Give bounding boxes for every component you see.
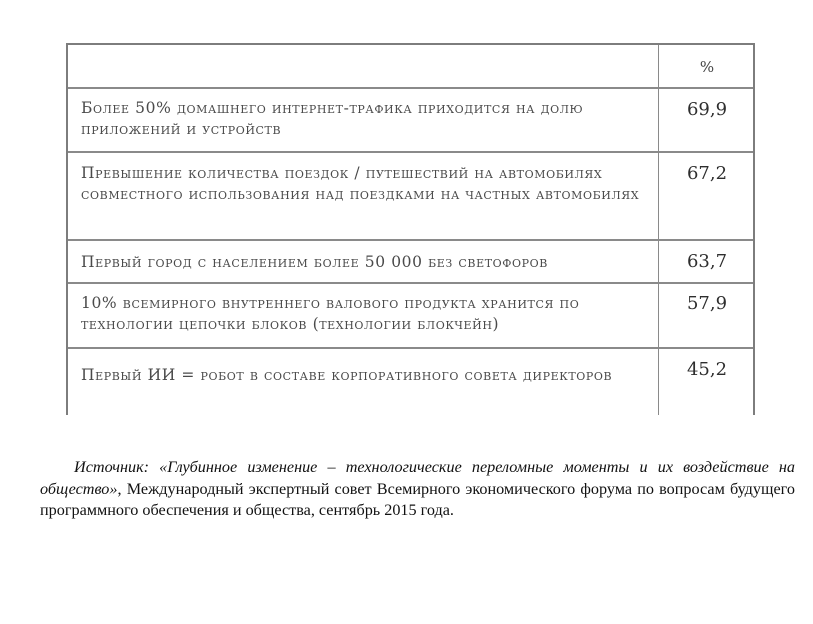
row-value: 63,7 xyxy=(659,251,755,273)
table-row: Первый ИИ = робот в составе корпоративно… xyxy=(68,349,753,417)
table-row: Более 50% домашнего интернет-трафика при… xyxy=(68,89,753,153)
table-header-row: % xyxy=(68,45,753,89)
table-row: Превышение количества поездок / путешест… xyxy=(68,153,753,241)
row-label: Первый ИИ = робот в составе корпоративно… xyxy=(81,365,641,386)
table-row: 10% всемирного внутреннего валового прод… xyxy=(68,284,753,349)
row-label: Первый город с населением более 50 000 б… xyxy=(81,252,641,273)
source-publisher: , Международный экспертный совет Всемирн… xyxy=(40,480,795,520)
row-label: Превышение количества поездок / путешест… xyxy=(81,163,641,205)
row-value: 45,2 xyxy=(659,359,755,381)
source-citation: Источник: «Глубинное изменение – техноло… xyxy=(40,457,795,522)
table-row: Первый город с населением более 50 000 б… xyxy=(68,241,753,284)
row-label: 10% всемирного внутреннего валового прод… xyxy=(81,293,641,335)
row-value: 69,9 xyxy=(659,99,755,121)
percent-column-header: % xyxy=(659,58,755,76)
trends-table: % Более 50% домашнего интернет-трафика п… xyxy=(66,43,755,415)
row-label: Более 50% домашнего интернет-трафика при… xyxy=(81,98,641,140)
row-value: 67,2 xyxy=(659,163,755,185)
row-value: 57,9 xyxy=(659,293,755,315)
